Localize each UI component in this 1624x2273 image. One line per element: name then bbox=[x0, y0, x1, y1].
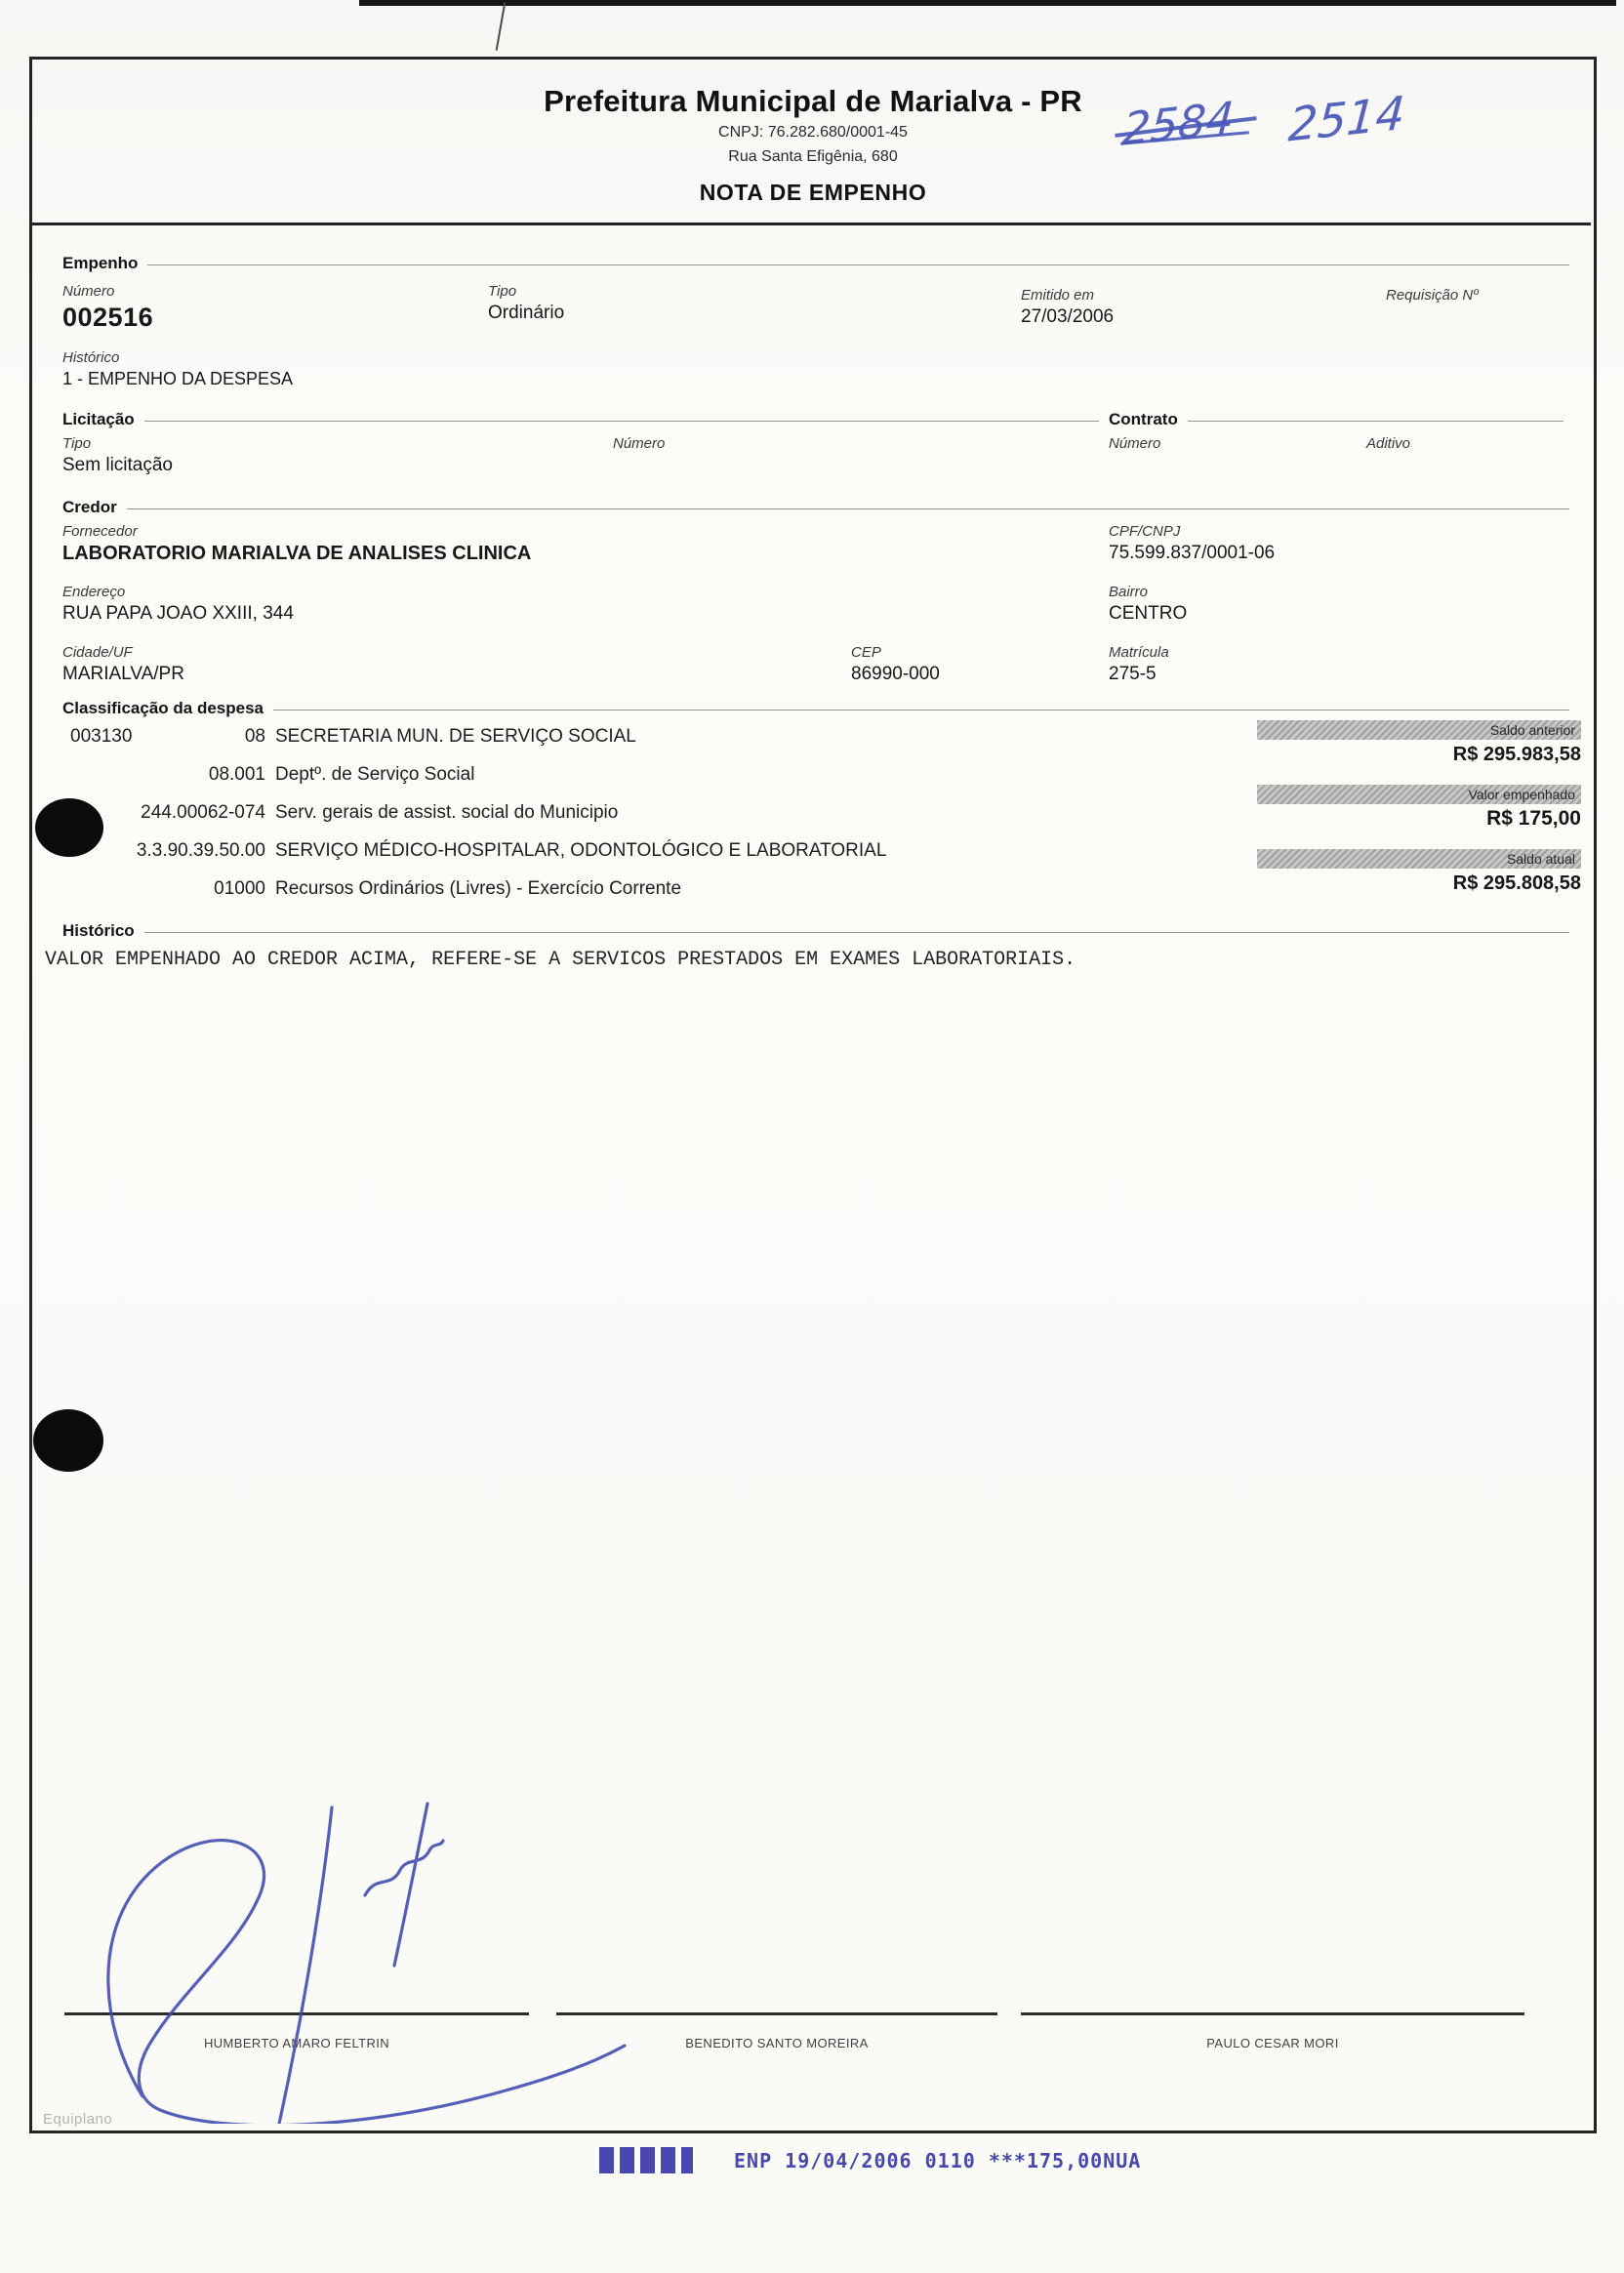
field-empenho-historico: Histórico 1 - EMPENHO DA DESPESA bbox=[62, 349, 293, 389]
field-label: Emitido em bbox=[1021, 287, 1114, 304]
classificacao-row: 244.00062-074 Serv. gerais de assist. so… bbox=[62, 802, 1253, 830]
field-label: Número bbox=[62, 283, 153, 300]
org-address: Rua Santa Efigênia, 680 bbox=[29, 148, 1597, 166]
section-rule bbox=[147, 264, 1569, 265]
fornecedor-value: LABORATORIO MARIALVA DE ANALISES CLINICA bbox=[62, 543, 531, 565]
field-bairro: Bairro CENTRO bbox=[1109, 584, 1187, 625]
saldo-atual-bar: Saldo atual bbox=[1257, 849, 1581, 869]
validation-stamp: ENP 19/04/2006 0110 ***175,00NUA bbox=[599, 2147, 1141, 2173]
historico-text: VALOR EMPENHADO AO CREDOR ACIMA, REFERE-… bbox=[45, 949, 1076, 971]
stamp-logo-icon bbox=[599, 2147, 693, 2173]
field-label: Número bbox=[613, 435, 665, 452]
field-cidade-uf: Cidade/UF MARIALVA/PR bbox=[62, 644, 184, 685]
classificacao-desc: SERVIÇO MÉDICO-HOSPITALAR, ODONTOLÓGICO … bbox=[275, 840, 886, 862]
field-label: Tipo bbox=[62, 435, 173, 452]
classificacao-row: 01000 Recursos Ordinários (Livres) - Exe… bbox=[62, 878, 1253, 906]
field-contrato-aditivo: Aditivo bbox=[1366, 435, 1410, 452]
empenho-numero-value: 002516 bbox=[62, 303, 153, 333]
signature-name: PAULO CESAR MORI bbox=[1021, 2036, 1524, 2050]
section-empenho-header: Empenho bbox=[62, 254, 1569, 273]
signature-line bbox=[1021, 2012, 1524, 2015]
empenho-historico-value: 1 - EMPENHO DA DESPESA bbox=[62, 369, 293, 389]
section-rule bbox=[144, 421, 1099, 422]
document-title: NOTA DE EMPENHO bbox=[29, 180, 1597, 206]
field-licitacao-numero: Número bbox=[613, 435, 665, 452]
section-licitacao-header: Licitação bbox=[62, 410, 1099, 429]
classificacao-row: 08.001 Deptº. de Serviço Social bbox=[62, 764, 1253, 791]
field-empenho-numero: Número 002516 bbox=[62, 283, 153, 333]
saldo-anterior-value: R$ 295.983,58 bbox=[1453, 744, 1581, 766]
saldo-atual-value: R$ 295.808,58 bbox=[1453, 873, 1581, 895]
valor-empenhado-value: R$ 175,00 bbox=[1486, 807, 1581, 831]
scanned-document-page: Prefeitura Municipal de Marialva - PR CN… bbox=[0, 0, 1624, 2273]
field-emitido-em: Emitido em 27/03/2006 bbox=[1021, 287, 1114, 328]
field-label: Endereço bbox=[62, 584, 294, 600]
field-label: Cidade/UF bbox=[62, 644, 184, 661]
field-label: Aditivo bbox=[1366, 435, 1410, 452]
section-licitacao-title: Licitação bbox=[62, 410, 135, 429]
cpf-cnpj-value: 75.599.837/0001-06 bbox=[1109, 543, 1275, 564]
endereco-value: RUA PAPA JOAO XXIII, 344 bbox=[62, 603, 294, 625]
empenho-tipo-value: Ordinário bbox=[488, 303, 564, 324]
field-matricula: Matrícula 275-5 bbox=[1109, 644, 1169, 685]
scan-artifact-top-line bbox=[359, 0, 1616, 6]
section-credor-title: Credor bbox=[62, 498, 117, 517]
scan-artifact-fold-mark bbox=[496, 2, 507, 51]
classificacao-desc: Recursos Ordinários (Livres) - Exercício… bbox=[275, 878, 681, 900]
section-contrato-header: Contrato bbox=[1109, 410, 1563, 429]
section-credor-header: Credor bbox=[62, 498, 1569, 517]
classificacao-code: 01000 bbox=[61, 878, 265, 900]
section-empenho-title: Empenho bbox=[62, 254, 138, 273]
section-historico-title: Histórico bbox=[62, 921, 135, 941]
section-contrato-title: Contrato bbox=[1109, 410, 1178, 429]
stamp-text: ENP 19/04/2006 0110 ***175,00NUA bbox=[734, 2149, 1141, 2172]
field-label: CPF/CNPJ bbox=[1109, 523, 1275, 540]
classificacao-code: 08 bbox=[61, 726, 265, 748]
handwritten-signature bbox=[47, 1802, 671, 2124]
bairro-value: CENTRO bbox=[1109, 603, 1187, 625]
field-label: Fornecedor bbox=[62, 523, 531, 540]
punch-hole bbox=[33, 1409, 103, 1472]
section-rule bbox=[144, 932, 1569, 933]
field-fornecedor: Fornecedor LABORATORIO MARIALVA DE ANALI… bbox=[62, 523, 531, 565]
classificacao-desc: Deptº. de Serviço Social bbox=[275, 764, 474, 786]
matricula-value: 275-5 bbox=[1109, 664, 1169, 685]
cep-value: 86990-000 bbox=[851, 664, 940, 685]
field-label: Matrícula bbox=[1109, 644, 1169, 661]
section-rule bbox=[1188, 421, 1563, 422]
valor-empenhado-bar: Valor empenhado bbox=[1257, 785, 1581, 804]
field-label: Requisição Nº bbox=[1386, 287, 1479, 304]
section-rule bbox=[127, 508, 1569, 509]
classificacao-desc: SECRETARIA MUN. DE SERVIÇO SOCIAL bbox=[275, 726, 636, 748]
field-empenho-tipo: Tipo Ordinário bbox=[488, 283, 564, 324]
classificacao-code: 08.001 bbox=[61, 764, 265, 786]
section-classificacao-title: Classificação da despesa bbox=[62, 699, 264, 718]
field-label: Tipo bbox=[488, 283, 564, 300]
header-divider bbox=[32, 223, 1591, 225]
field-label: Bairro bbox=[1109, 584, 1187, 600]
field-endereco: Endereço RUA PAPA JOAO XXIII, 344 bbox=[62, 584, 294, 625]
field-cep: CEP 86990-000 bbox=[851, 644, 940, 685]
field-cpf-cnpj: CPF/CNPJ 75.599.837/0001-06 bbox=[1109, 523, 1275, 564]
section-historico-header: Histórico bbox=[62, 921, 1569, 941]
balances-column: Saldo anterior R$ 295.983,58 Valor empen… bbox=[1257, 720, 1581, 901]
field-contrato-numero: Número bbox=[1109, 435, 1160, 452]
licitacao-tipo-value: Sem licitação bbox=[62, 455, 173, 476]
punch-hole bbox=[35, 798, 103, 857]
section-classificacao-header: Classificação da despesa bbox=[62, 699, 1569, 718]
field-licitacao-tipo: Tipo Sem licitação bbox=[62, 435, 173, 476]
classificacao-row: 3.3.90.39.50.00 SERVIÇO MÉDICO-HOSPITALA… bbox=[62, 840, 1253, 868]
cidade-uf-value: MARIALVA/PR bbox=[62, 664, 184, 685]
saldo-anterior-bar: Saldo anterior bbox=[1257, 720, 1581, 740]
field-label: Número bbox=[1109, 435, 1160, 452]
classificacao-row: 003130 08 SECRETARIA MUN. DE SERVIÇO SOC… bbox=[62, 726, 1253, 753]
emitido-em-value: 27/03/2006 bbox=[1021, 306, 1114, 328]
field-label: CEP bbox=[851, 644, 940, 661]
section-rule bbox=[273, 710, 1569, 710]
field-requisicao: Requisição Nº bbox=[1386, 287, 1479, 304]
classificacao-desc: Serv. gerais de assist. social do Munici… bbox=[275, 802, 618, 824]
field-label: Histórico bbox=[62, 349, 293, 366]
